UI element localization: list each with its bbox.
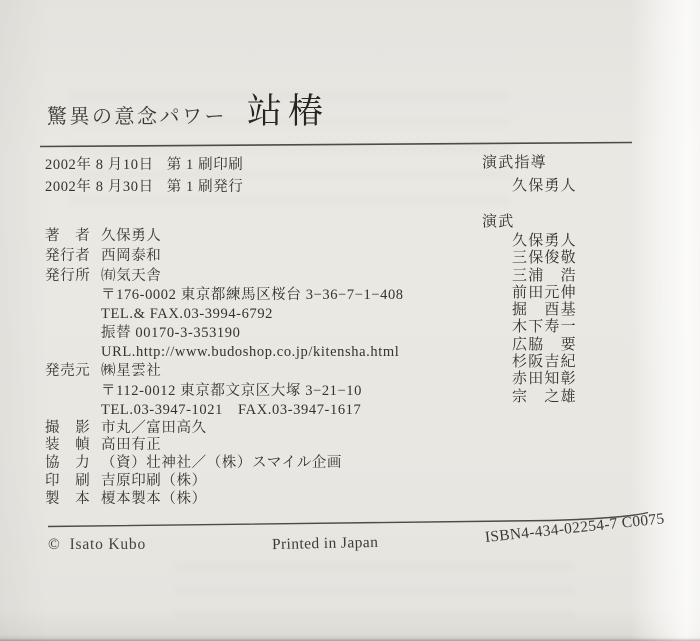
performer-name: 掘 酉基 — [512, 302, 577, 319]
performer-name: 宗 之雄 — [512, 389, 577, 406]
colophon-content: 驚異の意念パワー 站椿 2002年 8 月10日 第 1 刷印刷 2002年 8… — [0, 0, 700, 641]
publication-info: 著 者 久保勇人 発行者 西岡泰和 発行所 ㈲気天舎 〒176-0002 東京都… — [45, 226, 404, 508]
print-date-row: 2002年 8 月10日 第 1 刷印刷 — [45, 155, 243, 177]
publisher-person-name: 西岡泰和 — [101, 246, 161, 266]
printed-in-japan: Printed in Japan — [272, 534, 379, 554]
publisher-label: 発行所 — [45, 266, 93, 286]
publisher-name: ㈲気天舎 — [101, 266, 161, 286]
performer-name: 木下寿一 — [512, 319, 577, 336]
publisher-url: URL.http://www.budoshop.co.jp/kitensha.h… — [101, 343, 404, 362]
copyright-icon: © — [48, 536, 61, 553]
author-row: 著 者 久保勇人 — [45, 226, 404, 246]
publisher-person-row: 発行者 西岡泰和 — [45, 246, 404, 266]
performer-name: 久保勇人 — [512, 233, 577, 250]
performer-name: 赤田知彰 — [512, 371, 577, 388]
binding-design-row: 装 幀 高田有正 — [45, 437, 404, 455]
print-edition: 第 1 刷印刷 — [167, 155, 244, 177]
distributor-row: 発売元 ㈱星雲社 — [45, 362, 404, 382]
author-label: 著 者 — [45, 226, 93, 246]
photography-names: 市丸／富田高久 — [101, 420, 207, 438]
performer-name: 三浦 浩 — [512, 268, 577, 285]
publisher-tel-fax: TEL.& FAX.03-3994-6792 — [101, 305, 404, 324]
issue-date-row: 2002年 8 月30日 第 1 刷発行 — [45, 177, 243, 199]
cooperation-row: 協 力 （資）壮神社／（株）スマイル企画 — [45, 455, 404, 473]
bookbinding-name: 榎本製本（株） — [101, 491, 207, 509]
copyright-notice: ©Isato Kubo — [48, 536, 146, 554]
performer-name: 杉阪吉紀 — [512, 354, 577, 371]
issue-edition: 第 1 刷発行 — [167, 177, 244, 199]
publisher-person-label: 発行者 — [45, 246, 93, 266]
performer-name: 広脇 要 — [512, 337, 577, 354]
distributor-address: 〒112-0012 東京都文京区大塚 3−21−10 — [101, 382, 404, 401]
bookbinding-label: 製 本 — [45, 491, 93, 509]
cooperation-label: 協 力 — [45, 455, 93, 473]
demo-instructor-name: 久保勇人 — [512, 176, 577, 196]
book-subtitle: 驚異の意念パワー — [47, 100, 227, 129]
printing-row: 印 刷 吉原印刷（株） — [45, 473, 404, 491]
demonstration-credits: 演武指導 久保勇人 演武 久保勇人 三保俊敬 三浦 浩 前田元伸 掘 酉基 木下… — [482, 153, 577, 406]
publisher-postal-transfer: 振替 00170-3-353190 — [101, 324, 404, 343]
performer-name: 三保俊敬 — [512, 250, 577, 267]
distributor-tel-fax: TEL.03-3947-1021 FAX.03-3947-1617 — [101, 401, 404, 420]
performer-name: 前田元伸 — [512, 285, 577, 302]
distributor-name: ㈱星雲社 — [101, 362, 161, 382]
book-main-title: 站椿 — [247, 84, 329, 134]
copyright-holder: Isato Kubo — [70, 536, 146, 553]
distributor-details: 〒112-0012 東京都文京区大塚 3−21−10 TEL.03-3947-1… — [101, 382, 404, 420]
bookbinding-row: 製 本 榎本製本（株） — [45, 491, 404, 509]
photography-row: 撮 影 市丸／富田高久 — [45, 420, 404, 438]
publisher-row: 発行所 ㈲気天舎 — [45, 266, 404, 286]
demo-performers-label: 演武 — [482, 212, 577, 232]
publisher-details: 〒176-0002 東京都練馬区桜台 3−36−7−1−408 TEL.& FA… — [101, 286, 404, 362]
distributor-label: 発売元 — [45, 362, 93, 382]
demo-instructor-label: 演武指導 — [482, 153, 577, 173]
publisher-address: 〒176-0002 東京都練馬区桜台 3−36−7−1−408 — [101, 286, 404, 305]
printing-label: 印 刷 — [45, 473, 93, 491]
demo-performers-list: 久保勇人 三保俊敬 三浦 浩 前田元伸 掘 酉基 木下寿一 広脇 要 杉阪吉紀 … — [512, 233, 577, 406]
issue-date: 2002年 8 月30日 — [45, 177, 154, 199]
print-date: 2002年 8 月10日 — [45, 155, 154, 177]
binding-design-label: 装 幀 — [45, 437, 93, 455]
isbn-code: ISBN4-434-02254-7 C0075 — [484, 510, 665, 547]
cooperation-names: （資）壮神社／（株）スマイル企画 — [101, 455, 342, 473]
author-name: 久保勇人 — [101, 226, 161, 246]
printing-name: 吉原印刷（株） — [101, 473, 207, 491]
binding-design-name: 高田有正 — [101, 437, 161, 455]
book-title: 驚異の意念パワー 站椿 — [47, 84, 329, 134]
book-colophon-page: 驚異の意念パワー 站椿 2002年 8 月10日 第 1 刷印刷 2002年 8… — [0, 0, 700, 641]
staff-credits: 撮 影 市丸／富田高久 装 幀 高田有正 協 力 （資）壮神社／（株）スマイル企… — [45, 420, 404, 509]
edition-dates: 2002年 8 月10日 第 1 刷印刷 2002年 8 月30日 第 1 刷発… — [45, 155, 243, 198]
photography-label: 撮 影 — [45, 420, 93, 438]
